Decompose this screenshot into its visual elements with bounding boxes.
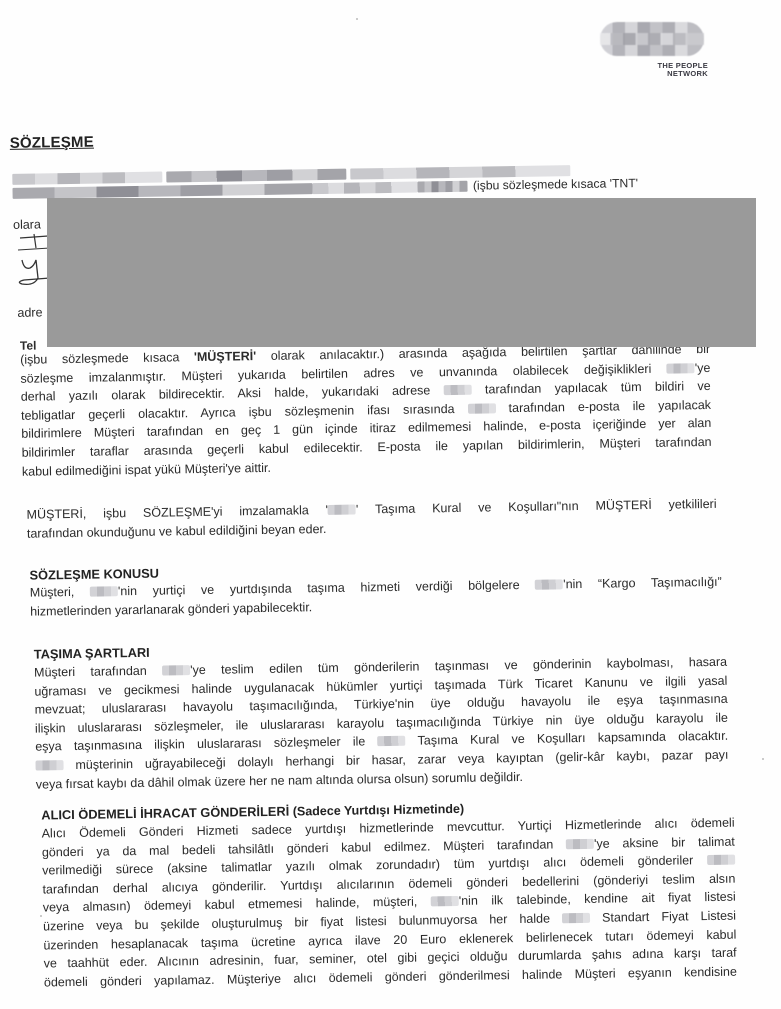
label-fragment-adres: adre bbox=[17, 305, 42, 319]
scanned-document-page: THE PEOPLE NETWORK SÖZLEŞME (işbu sözleş… bbox=[0, 0, 781, 1009]
section-heading-konusu: SÖZLEŞME KONUSU bbox=[29, 566, 159, 583]
scan-speck bbox=[356, 18, 358, 20]
document-title: SÖZLEŞME bbox=[10, 134, 94, 152]
section-heading-suffix: (Sadece Yurtdışı Hizmetinde) bbox=[293, 802, 465, 819]
paragraph-acceptance: MÜŞTERİ, işbu SÖZLEŞME'yi imzalamakla ''… bbox=[26, 495, 716, 543]
section-body-alici-odemeli: Alıcı Ödemeli Gönderi Hizmeti sadece yur… bbox=[41, 814, 737, 992]
scan-speck bbox=[40, 915, 42, 917]
scan-speck bbox=[762, 758, 764, 760]
section-heading-tasima-sartlari: TAŞIMA ŞARTLARI bbox=[34, 645, 150, 662]
redaction-box bbox=[47, 198, 756, 347]
document-body: SÖZLEŞME (işbu sözleşmede kısaca 'TNT' o… bbox=[0, 0, 781, 1009]
tnt-alias-text: (işbu sözleşmede kısaca 'TNT' bbox=[473, 176, 638, 193]
paragraph-musteri-definition: (işbu sözleşmede kısaca 'MÜŞTERİ' olarak… bbox=[20, 340, 712, 481]
handwritten-signature-fragment bbox=[14, 230, 50, 290]
section-body-tasima-sartlari: Müşteri tarafından 'ye teslim edilen tüm… bbox=[34, 653, 729, 794]
